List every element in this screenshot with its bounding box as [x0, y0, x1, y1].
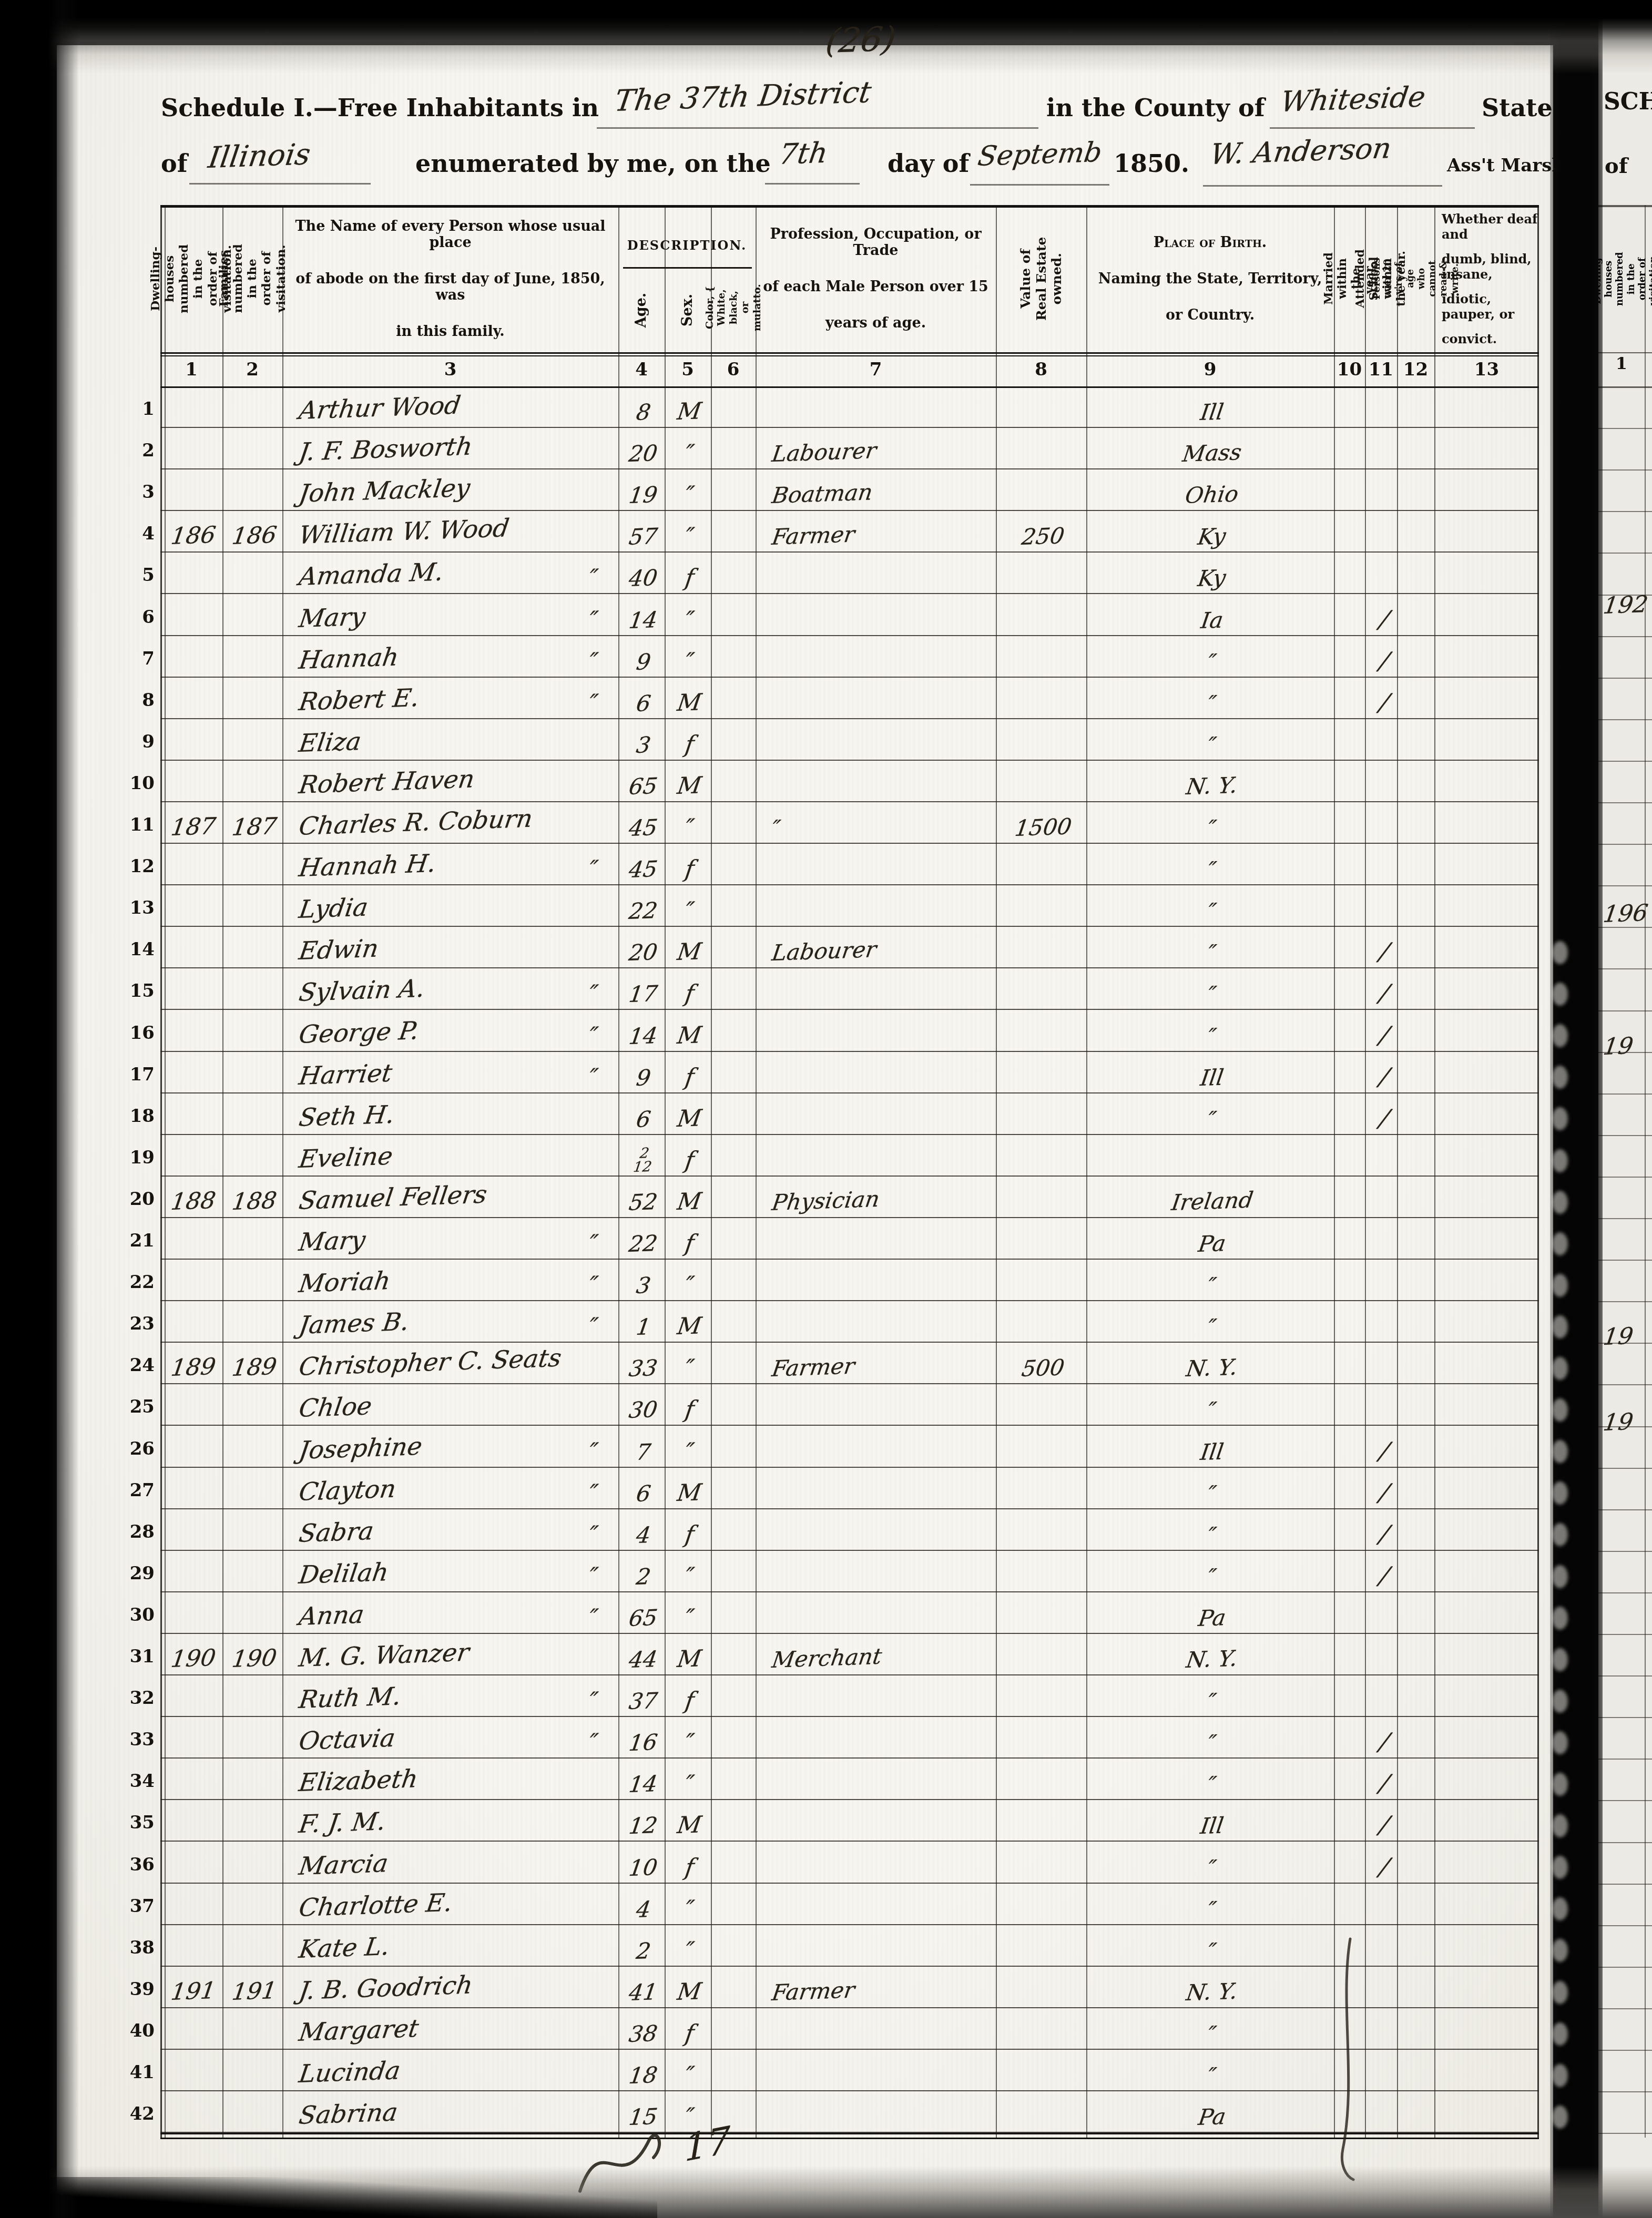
handwriting: Sabra — [297, 1517, 375, 1548]
row-number: 19 — [120, 1135, 155, 1177]
cell-age: 22 — [618, 1231, 665, 1260]
handwriting: 189 — [169, 1353, 218, 1382]
cell-school: ∕ — [1365, 1104, 1397, 1135]
table-row: Harriet9fIll∕″ — [160, 1052, 1539, 1093]
handwriting: ″ — [684, 1895, 696, 1923]
cell-name: Kate L. — [282, 1935, 618, 1967]
handwriting: Ia — [1199, 607, 1225, 633]
handwriting: 188 — [169, 1187, 218, 1215]
adjacent-row-line — [1598, 2050, 1652, 2051]
cell-age: 18 — [618, 2063, 665, 2091]
cell-birthplace: Ohio — [1086, 483, 1334, 511]
cell-name: Arthur Wood — [282, 396, 618, 428]
cell-birthplace: ″ — [1086, 940, 1334, 968]
handwriting: Ky — [1196, 524, 1228, 550]
cell-sex: M — [665, 398, 711, 428]
cell-birthplace: N. Y. — [1086, 1647, 1334, 1675]
ditto-mark: ″ — [587, 1521, 600, 1548]
row-number: 9 — [120, 719, 155, 761]
adjacent-row-line — [1598, 761, 1652, 762]
cell-occupation: Boatman — [756, 483, 996, 511]
handwriting: f — [684, 980, 696, 1008]
handwriting: 192 — [1602, 591, 1650, 619]
handwriting: Pa — [1197, 1230, 1228, 1257]
ditto-mark: ″ — [587, 1562, 600, 1590]
row-number: 39 — [120, 1967, 155, 2008]
handwriting: ″ — [684, 1562, 696, 1590]
cell-age: 33 — [618, 1356, 665, 1384]
handwriting: ″ — [684, 1937, 696, 1964]
cell-name-ditto: ″ — [576, 690, 607, 719]
handwriting: Edwin — [297, 934, 381, 966]
handwriting: 190 — [230, 1644, 279, 1673]
cell-name: J. F. Bosworth — [282, 438, 618, 469]
cell-name-ditto: ″ — [576, 1521, 607, 1551]
cell-birthplace: ″ — [1086, 691, 1334, 719]
handwritten-page-number: (26) — [823, 22, 892, 61]
cell-school: ∕ — [1365, 605, 1397, 636]
cell-age: 14 — [618, 1024, 665, 1052]
cell-name-ditto: ″ — [576, 1688, 607, 1717]
cell-occupation: Farmer — [756, 524, 996, 553]
heading-of-label: of — [161, 149, 187, 178]
bleedthrough-mark — [1552, 1232, 1568, 1255]
row-number: 21 — [120, 1218, 155, 1260]
cell-name-ditto: ″ — [576, 980, 607, 1010]
cell-family: 189 — [222, 1355, 282, 1384]
bleedthrough-mark — [1552, 1440, 1568, 1463]
handwriting: 52 — [627, 1189, 659, 1215]
handwriting: Farmer — [770, 1353, 856, 1382]
cell-age: 17 — [618, 982, 665, 1010]
column-number-strip: 12345678910111213 — [160, 352, 1539, 386]
table-row: Edwin20MLabourer″∕ — [160, 927, 1539, 968]
cell-family: 186 — [222, 523, 282, 553]
table-row: Charlotte E.4″″ — [160, 1884, 1539, 1925]
cell-sex: f — [665, 856, 711, 885]
table-row: 186186William W. Wood57″Farmer250Ky — [160, 511, 1539, 553]
row-number: 10 — [120, 761, 155, 802]
cell-school: ∕ — [1365, 979, 1397, 1010]
cell-birthplace: ″ — [1086, 2063, 1334, 2091]
handwriting: Eliza — [297, 727, 363, 758]
column-number: 5 — [665, 352, 711, 386]
table-row: Eveline212f — [160, 1135, 1539, 1177]
cell-occupation: Labourer — [756, 940, 996, 968]
heading-day-handwritten: 7th — [777, 138, 825, 171]
adjacent-dwelling-number: 196 — [1602, 901, 1646, 928]
handwriting: Anna — [297, 1600, 366, 1631]
adjacent-row-line — [1598, 802, 1652, 803]
column-number: 7 — [756, 352, 996, 386]
bleedthrough-mark — [1552, 1981, 1568, 2004]
handwriting: 10 — [627, 1854, 659, 1881]
handwriting: Mass — [1181, 439, 1243, 467]
cell-sex: M — [665, 690, 711, 719]
handwriting: 45 — [627, 814, 659, 841]
row-number: 33 — [120, 1717, 155, 1759]
handwriting: Pa — [1197, 2103, 1228, 2130]
cell-birthplace: Ia — [1086, 608, 1334, 636]
col-header-birthplace: Place of Birth.Naming the State, Territo… — [1086, 205, 1334, 352]
adjacent-row-line — [1598, 1800, 1652, 1801]
heading-state-label: State — [1482, 94, 1553, 122]
handwriting: 17 — [627, 981, 659, 1008]
cell-birthplace: ″ — [1086, 982, 1334, 1010]
handwriting: 1500 — [1013, 813, 1073, 841]
bleedthrough-mark — [1552, 1523, 1568, 1546]
row-number: 24 — [120, 1343, 155, 1384]
row-number: 35 — [120, 1800, 155, 1842]
heading-month-handwritten: Septemb — [976, 141, 1099, 172]
cell-birthplace: ″ — [1086, 1314, 1334, 1343]
handwriting: Samuel Fellers — [297, 1180, 489, 1215]
cell-name-ditto: ″ — [576, 1480, 607, 1509]
cell-value: 500 — [996, 1356, 1086, 1384]
adjacent-dwelling-number: 192 — [1602, 592, 1646, 619]
handwriting: 250 — [1020, 523, 1066, 550]
handwriting: Harriet — [297, 1059, 394, 1091]
adjacent-row-line — [1598, 719, 1652, 720]
bleedthrough-mark — [1552, 1274, 1568, 1297]
bleedthrough-mark — [1552, 1648, 1568, 1671]
adjacent-dwelling-number: 19 — [1602, 1324, 1631, 1351]
handwriting: 65 — [627, 773, 659, 800]
cell-value: 250 — [996, 524, 1086, 553]
cell-sex: M — [665, 1313, 711, 1343]
cell-sex: ″ — [665, 1355, 711, 1384]
handwriting: ∕ — [1377, 979, 1392, 1007]
handwriting: f — [684, 1688, 696, 1715]
handwriting: 20 — [627, 939, 659, 966]
cell-dwelling: 189 — [160, 1355, 222, 1384]
handwriting: ∕ — [1377, 1437, 1392, 1465]
ditto-mark: ″ — [587, 1438, 600, 1465]
cell-occupation: ″ — [756, 815, 996, 844]
handwriting: 6 — [635, 1480, 652, 1507]
bleedthrough-mark — [1552, 1814, 1568, 1837]
cell-birthplace: N. Y. — [1086, 774, 1334, 802]
column-number: 4 — [618, 352, 665, 386]
row-number: 6 — [120, 595, 155, 636]
handwriting: f — [684, 2020, 696, 2047]
table-row: Arthur Wood8MIll — [160, 386, 1539, 428]
handwriting: ″ — [1206, 1689, 1218, 1715]
handwriting: ″ — [1206, 1896, 1218, 1923]
cell-age: 30 — [618, 1397, 665, 1426]
handwriting: ∕ — [1377, 647, 1392, 675]
cell-school: ∕ — [1365, 1021, 1397, 1052]
handwriting: f — [684, 856, 696, 883]
bleedthrough-mark — [1552, 2022, 1568, 2046]
cell-school: ∕ — [1365, 1520, 1397, 1551]
cell-occupation: Physician — [756, 1190, 996, 1218]
ditto-mark: ″ — [587, 1479, 600, 1507]
cell-age: 8 — [618, 400, 665, 428]
handwriting: 500 — [1020, 1355, 1066, 1382]
adjacent-row-line — [1598, 1842, 1652, 1843]
cell-birthplace: Ill — [1086, 400, 1334, 428]
handwriting: 187 — [230, 813, 279, 841]
cell-name: Mary — [282, 605, 618, 636]
table-row: George P.14M″∕″ — [160, 1010, 1539, 1052]
bleedthrough-mark — [1552, 1191, 1568, 1214]
handwriting: Chloe — [297, 1392, 374, 1424]
ditto-mark: ″ — [587, 1313, 600, 1341]
handwriting: Amanda M. — [297, 558, 445, 591]
handwriting: 19 — [627, 482, 659, 508]
handwriting: ″ — [684, 1272, 696, 1299]
handwriting: Elizabeth — [297, 1765, 420, 1798]
col-header-families: Families numbered in the order of visita… — [222, 205, 282, 352]
cell-school: ∕ — [1365, 1561, 1397, 1592]
cell-age: 6 — [618, 1481, 665, 1509]
handwriting: Ruth M. — [297, 1682, 403, 1714]
cell-sex: f — [665, 1688, 711, 1717]
cell-name: J. B. Goodrich — [282, 1977, 618, 2008]
cell-sex: f — [665, 1064, 711, 1093]
handwriting: ″ — [1206, 1772, 1218, 1798]
table-row: 190190M. G. Wanzer44MMerchantN. Y. — [160, 1634, 1539, 1675]
handwriting: Mary — [297, 602, 368, 633]
ditto-mark: ″ — [587, 565, 600, 592]
cell-age: 12 — [618, 1813, 665, 1842]
cell-age: 38 — [618, 2021, 665, 2050]
handwriting: 3 — [635, 732, 652, 758]
handwriting: Margaret — [297, 2014, 421, 2047]
bleedthrough-mark — [1552, 1773, 1568, 1796]
handwriting: 8 — [635, 399, 652, 425]
handwriting: ″ — [684, 648, 696, 675]
cell-sex: M — [665, 1646, 711, 1675]
cell-sex: ″ — [665, 1563, 711, 1592]
table-header: Dwelling-houses numbered in the order of… — [160, 205, 1539, 352]
handwriting: M — [676, 1645, 703, 1673]
handwriting: 22 — [627, 897, 659, 924]
cell-age: 14 — [618, 1772, 665, 1800]
col-header-cannot-read: Persons over 20 y'rs of age who cannot r… — [1397, 205, 1434, 352]
cell-family: 188 — [222, 1189, 282, 1218]
heading-blankline — [765, 183, 860, 185]
handwriting: Arthur Wood — [297, 391, 463, 425]
handwriting: George P. — [297, 1016, 421, 1049]
cell-birthplace: Pa — [1086, 1231, 1334, 1260]
handwriting: ″ — [1206, 1522, 1218, 1548]
row-number: 36 — [120, 1842, 155, 1884]
handwriting: ∕ — [1377, 1769, 1392, 1797]
cell-sex: ″ — [665, 523, 711, 553]
cell-age: 22 — [618, 898, 665, 927]
handwriting: ″ — [1206, 1938, 1218, 1964]
handwriting: ″ — [770, 815, 782, 842]
ditto-mark: ″ — [587, 648, 600, 675]
adjacent-row-line — [1598, 844, 1652, 845]
handwriting: ″ — [684, 897, 696, 925]
cell-sex: ″ — [665, 1604, 711, 1634]
cell-name: Elizabeth — [282, 1769, 618, 1800]
handwriting: Seth H. — [297, 1100, 396, 1132]
table-row: Lydia22″″ — [160, 885, 1539, 927]
table-row: Octavia16″″∕″ — [160, 1717, 1539, 1759]
handwriting: 6 — [635, 1106, 652, 1132]
handwriting: ″ — [1206, 1273, 1218, 1299]
cell-family: 190 — [222, 1646, 282, 1675]
row-number: 30 — [120, 1592, 155, 1634]
bleedthrough-mark — [1552, 983, 1568, 1006]
adjacent-row-line — [1598, 1177, 1652, 1178]
handwriting: 9 — [635, 1065, 652, 1091]
cell-name: Charlotte E. — [282, 1894, 618, 1925]
cell-family: 191 — [222, 1979, 282, 2008]
table-row: J. F. Bosworth20″LabourerMass — [160, 428, 1539, 469]
handwriting: 14 — [627, 607, 659, 633]
handwriting: f — [684, 1147, 696, 1174]
handwriting: M — [676, 1978, 703, 2006]
row-number: 20 — [120, 1177, 155, 1218]
cell-name-ditto: ″ — [576, 1438, 607, 1468]
handwriting: Ill — [1199, 1438, 1226, 1465]
cell-dwelling: 187 — [160, 814, 222, 844]
cell-sex: ″ — [665, 814, 711, 844]
cell-sex: M — [665, 1106, 711, 1135]
cell-birthplace: Pa — [1086, 1606, 1334, 1634]
adjacent-row-line — [1598, 511, 1652, 512]
cell-sex: ″ — [665, 2062, 711, 2091]
table-row: Josephine7″Ill∕″ — [160, 1426, 1539, 1468]
bleedthrough-mark — [1552, 1856, 1568, 1879]
cell-age: 37 — [618, 1689, 665, 1717]
handwriting: Octavia — [297, 1724, 397, 1756]
cell-name: Mary — [282, 1228, 618, 1260]
handwriting: 2 — [635, 1938, 652, 1964]
handwriting: ∕ — [1377, 1853, 1392, 1881]
row-number: 12 — [120, 844, 155, 885]
handwriting: N. Y. — [1185, 1645, 1239, 1673]
cell-birthplace: Pa — [1086, 2104, 1334, 2133]
bleedthrough-mark — [1552, 1690, 1568, 1713]
heading-blankline — [970, 184, 1109, 186]
row-number: 13 — [120, 885, 155, 927]
cell-school: ∕ — [1365, 937, 1397, 968]
cell-age: 65 — [618, 774, 665, 802]
stray-pen-stroke — [1332, 1939, 1364, 2181]
cell-age: 40 — [618, 566, 665, 594]
table-row: 189189Christopher C. Seats33″Farmer500N.… — [160, 1343, 1539, 1384]
cell-birthplace: ″ — [1086, 815, 1334, 844]
handwriting: Kate L. — [297, 1932, 392, 1964]
tally-number: 17 — [678, 2121, 731, 2171]
cell-sex: ″ — [665, 482, 711, 511]
cell-sex: ″ — [665, 897, 711, 927]
cell-birthplace: Ky — [1086, 566, 1334, 594]
cell-name-ditto: ″ — [576, 1604, 607, 1634]
cell-occupation: Farmer — [756, 1356, 996, 1384]
heading-blankline — [189, 183, 371, 185]
adjacent-row-line — [1598, 553, 1652, 554]
handwriting: 6 — [635, 690, 652, 717]
handwriting: ″ — [1206, 2021, 1218, 2047]
handwriting: Charlotte E. — [297, 1888, 454, 1923]
cell-birthplace: Ill — [1086, 1065, 1334, 1093]
cell-school: ∕ — [1365, 1853, 1397, 1884]
adjacent-row-line — [1598, 1010, 1652, 1011]
cell-age: 41 — [618, 1980, 665, 2008]
row-number: 18 — [120, 1093, 155, 1135]
handwriting: M — [676, 689, 703, 717]
handwriting: ″ — [684, 440, 696, 467]
handwriting: Ill — [1199, 1813, 1226, 1839]
cell-age: 3 — [618, 732, 665, 761]
cell-name-ditto: ″ — [576, 1563, 607, 1592]
handwriting: Robert E. — [297, 683, 421, 717]
handwriting: M — [676, 398, 703, 426]
handwriting: Lydia — [297, 893, 370, 925]
handwriting: 22 — [627, 1230, 659, 1257]
handwriting: ″ — [1206, 732, 1218, 758]
handwriting: ″ — [684, 482, 696, 509]
table-row: Hannah H.45f″″ — [160, 844, 1539, 885]
adjacent-row-line — [1598, 1884, 1652, 1885]
cell-birthplace: ″ — [1086, 1772, 1334, 1800]
bleedthrough-mark — [1552, 2064, 1568, 2087]
heading-county-handwritten: Whiteside — [1279, 85, 1422, 118]
cell-sex: ″ — [665, 1896, 711, 1925]
handwriting: f — [684, 565, 696, 592]
cell-name: Hannah H. — [282, 854, 618, 885]
cell-age: 4 — [618, 1897, 665, 1925]
cell-birthplace: ″ — [1086, 898, 1334, 927]
handwriting: 186 — [169, 522, 218, 550]
cell-name: Edwin — [282, 937, 618, 968]
handwriting: ∕ — [1377, 1104, 1392, 1132]
handwriting: Labourer — [770, 937, 878, 966]
heading-marshal-label: Ass't Marshal — [1447, 155, 1583, 176]
handwriting: 16 — [627, 1729, 659, 1756]
handwriting: Merchant — [770, 1643, 884, 1673]
description-group-label: DESCRIPTION. — [618, 238, 756, 253]
cell-name: Eliza — [282, 729, 618, 761]
cell-name: F. J. M. — [282, 1810, 618, 1842]
cell-name: James B. — [282, 1311, 618, 1343]
handwriting: 196 — [1602, 900, 1650, 928]
bleedthrough-mark — [1552, 1481, 1568, 1505]
handwriting: 186 — [230, 522, 279, 550]
handwriting: Ky — [1196, 565, 1228, 592]
row-number: 38 — [120, 1925, 155, 1967]
cell-birthplace: N. Y. — [1086, 1980, 1334, 2008]
adjacent-row-line — [1598, 1218, 1652, 1219]
cell-name: Hannah — [282, 646, 618, 678]
heading-schedule-title: Schedule I.—Free Inhabitants in — [161, 94, 599, 122]
cell-name: Harriet — [282, 1062, 618, 1093]
cell-age: 212 — [618, 1138, 665, 1177]
margin-row-numbers: 1234567891011121314151617181920212223242… — [120, 386, 157, 2133]
row-number: 5 — [120, 553, 155, 594]
table-row: Amanda M.40fKy″ — [160, 553, 1539, 594]
cell-school: ∕ — [1365, 1728, 1397, 1759]
handwriting: ″ — [1206, 1855, 1218, 1881]
cell-age: 20 — [618, 441, 665, 469]
cell-age: 6 — [618, 1107, 665, 1135]
cell-birthplace: N. Y. — [1086, 1356, 1334, 1384]
cell-sex: M — [665, 1023, 711, 1052]
cell-sex: M — [665, 1189, 711, 1218]
col-header-real-estate: Value of Real Estate owned. — [996, 205, 1086, 352]
handwriting: 19 — [1602, 1408, 1635, 1436]
adjacent-row-line — [1598, 1260, 1652, 1261]
table-row: Elizabeth14″″∕ — [160, 1759, 1539, 1800]
cell-age: 9 — [618, 649, 665, 678]
